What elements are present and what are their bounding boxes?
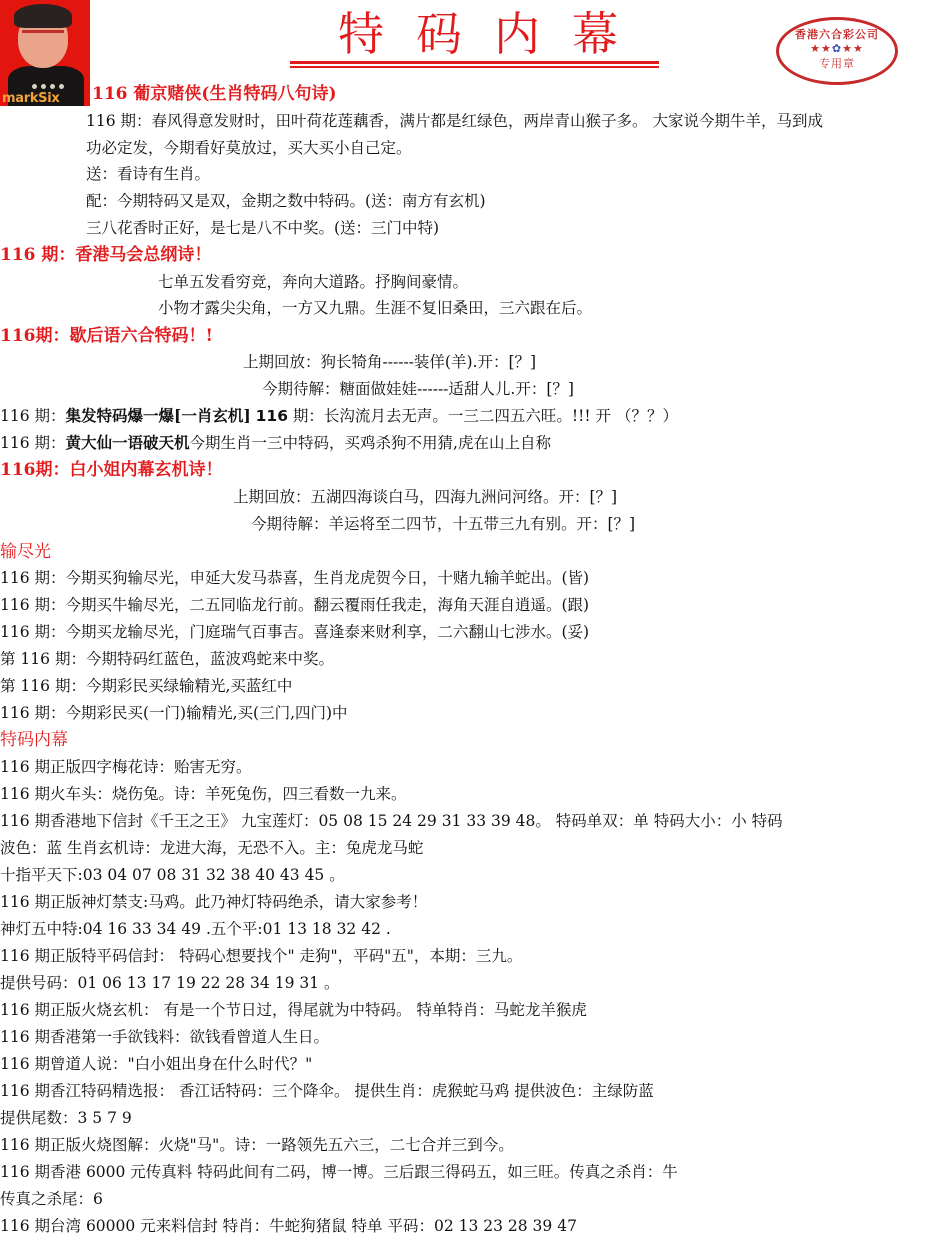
text-line: 116 期：集发特码爆一爆[一肖玄机] 116 期：长沟流月去无声。一三二四五六…: [0, 405, 678, 427]
text-line: 116 期正版四字梅花诗：贻害无穷。: [0, 756, 252, 778]
text-line: 116 期香港 6000 元传真料 特码此间有二码，博一博。三后跟三得码五，如三…: [0, 1161, 678, 1183]
title-underline: [290, 61, 659, 64]
section-heading: 116 葡京赌侠(生肖特码八句诗): [92, 83, 337, 105]
text-line: 传真之杀尾：6: [0, 1188, 103, 1210]
text-line: 116 期正版火烧图解：火烧"马"。诗：一路领先五六三，二七合并三到今。: [0, 1134, 514, 1156]
text-line: 116 期：今期买牛输尽光，二五同临龙行前。翻云覆雨任我走，海角天涯自逍遥。(跟…: [0, 594, 589, 616]
text-line: 第 116 期：今期彩民买绿输精光,买蓝红中: [0, 675, 292, 697]
text-line: 116 期香港地下信封《千王之王》 九宝莲灯：05 08 15 24 29 31…: [0, 810, 783, 832]
text-line: 上期回放：狗长犄角------装佯(羊).开：[？]: [243, 351, 536, 373]
text-line: 116 期台湾 60000 元来料信封 特肖：牛蛇狗猪鼠 特单 平码：02 13…: [0, 1215, 577, 1237]
text-line: 116 期：今期买龙输尽光，门庭瑞气百事吉。喜逢泰来财利享，二六翻山七涉水。(妥…: [0, 621, 589, 643]
line-prefix: 116 期：: [0, 434, 66, 452]
text-line: 功必定发，今期看好莫放过，买大买小自己定。: [86, 137, 412, 159]
section-heading: 输尽光: [0, 541, 51, 563]
text-line: 神灯五中特:04 16 33 34 49 .五个平:01 13 18 32 42…: [0, 918, 391, 940]
section-heading: 特码内幕: [0, 729, 68, 751]
line-prefix: 116 期：: [0, 407, 66, 425]
brand-logo: markSix: [2, 91, 59, 106]
line-rest: 今期生肖一三中特码，买鸡杀狗不用猜,虎在山上自称: [190, 434, 551, 452]
avatar-image: markSix: [0, 0, 90, 106]
text-line: 今期待解：羊运将至二四节，十五带三九有别。开：[？]: [251, 513, 635, 535]
text-line: 配：今期特码又是双，金期之数中特码。(送：南方有玄机): [86, 190, 486, 212]
text-line: 116 期：今期彩民买(一门)输精光,买(三门,四门)中: [0, 702, 348, 724]
text-line: 116 期香港第一手欲钱料：欲钱看曾道人生日。: [0, 1026, 329, 1048]
title-underline-double: [290, 66, 659, 68]
avatar-glasses: [22, 30, 64, 43]
text-line: 116 期：春风得意发财时，田叶荷花莲藕香，满片都是红绿色，两岸青山猴子多。 大…: [86, 110, 823, 132]
title-char: 幕: [572, 8, 618, 60]
text-line: 送：看诗有生肖。: [86, 163, 210, 185]
title-char: 码: [416, 8, 462, 60]
line-bold: 集发特码爆一爆[一肖玄机]: [66, 406, 251, 425]
line-bold-number: 116: [256, 407, 288, 425]
stamp-label: 专用章: [779, 55, 895, 71]
title-char: 内: [494, 8, 540, 60]
text-line: 三八花香时正好，是七是八不中奖。(送：三门中特): [86, 217, 439, 239]
text-line: 今期待解：糖面做娃娃------适甜人儿.开：[？]: [262, 378, 574, 400]
stamp-stars: ★★✿★★: [779, 42, 895, 55]
star-icon: ★★: [810, 42, 832, 55]
star-icon: ★★: [842, 42, 864, 55]
text-line: 116 期火车头：烧伤兔。诗：羊死兔伤，四三看数一九来。: [0, 783, 407, 805]
text-line: 116 期曾道人说："白小姐出身在什么时代？": [0, 1053, 312, 1075]
text-line: 116 期正版火烧玄机： 有是一个节日过，得尾就为中特码。 特单特肖：马蛇龙羊猴…: [0, 999, 587, 1021]
title-char: 特: [338, 8, 384, 60]
text-line: 提供号码：01 06 13 17 19 22 28 34 19 31 。: [0, 972, 340, 994]
text-line: 116 期正版神灯禁支:马鸡。此乃神灯特码绝杀，请大家参考！: [0, 891, 427, 913]
section-heading: 116 期：香港马会总纲诗！: [0, 244, 211, 266]
text-line: 上期回放：五湖四海谈白马，四海九洲问河络。开：[？]: [233, 486, 617, 508]
line-bold: 黄大仙一语破天机: [66, 433, 190, 452]
text-line: 116 期香江特码精选报： 香江话特码：三个降伞。 提供生肖：虎猴蛇马鸡 提供波…: [0, 1080, 654, 1102]
text-line: 116 期：黄大仙一语破天机今期生肖一三中特码，买鸡杀狗不用猜,虎在山上自称: [0, 432, 551, 454]
section-heading: 116期：白小姐内幕玄机诗！: [0, 459, 223, 481]
page-title: 特 码 内 幕: [292, 8, 658, 60]
text-line: 七单五发看穷竞，奔向大道路。抒胸间豪情。: [158, 271, 468, 293]
line-rest: 期：长沟流月去无声。一三二四五六旺。!!! 开 （？？）: [288, 407, 678, 425]
section-heading: 116期：歇后语六合特码！!: [0, 325, 213, 347]
stamp-arc-text: 香港六合彩公司: [779, 26, 895, 42]
text-line: 波色：蓝 生肖玄机诗：龙进大海，无恐不入。主：兔虎龙马蛇: [0, 837, 423, 859]
avatar-hair: [14, 4, 72, 28]
text-line: 116 期：今期买狗输尽光，申延大发马恭喜，生肖龙虎贺今日，十赌九输羊蛇出。(皆…: [0, 567, 589, 589]
text-line: 提供尾数：3 5 7 9: [0, 1107, 132, 1129]
official-stamp: 香港六合彩公司 ★★✿★★ 专用章: [776, 17, 898, 85]
text-line: 小物才露尖尖角，一方又九鼎。生涯不复旧桑田，三六跟在后。: [158, 297, 592, 319]
text-line: 第 116 期：今期特码红蓝色，蓝波鸡蛇来中奖。: [0, 648, 334, 670]
text-line: 十指平天下:03 04 07 08 31 32 38 40 43 45 。: [0, 864, 345, 886]
flower-icon: ✿: [832, 42, 842, 55]
text-line: 116 期正版特平码信封： 特码心想要找个" 走狗"，平码"五"，本期：三九。: [0, 945, 522, 967]
